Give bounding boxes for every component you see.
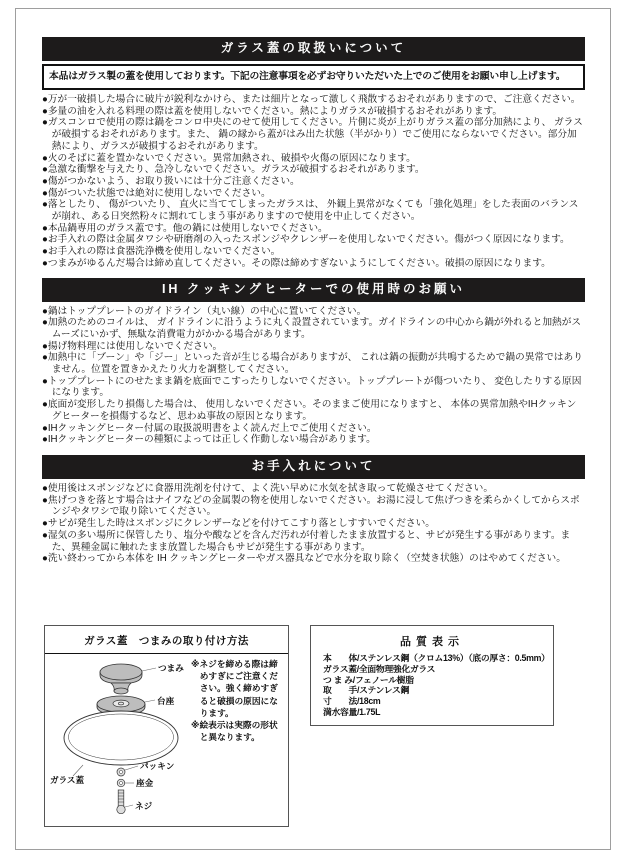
warning-item: ●火のそばに蓋を置かないでください。異常加熱され、破損や火傷の原因になります。: [42, 153, 585, 165]
washer-label: 座金: [136, 777, 154, 788]
warning-item: ●本品鍋専用のガラス蓋です。他の鍋には使用しないでください。: [42, 223, 585, 235]
quality-label: つ ま み: [323, 675, 353, 685]
section-header-glass-lid: ガラス蓋の取扱いについて: [42, 37, 585, 61]
section-header-care: お手入れについて: [42, 455, 585, 479]
note-item: ※絵表示は実際の形状と異なります。: [191, 719, 286, 743]
quality-value: 全面物理強化ガラス: [359, 664, 435, 674]
quality-value: 1.75L: [359, 707, 380, 717]
warning-item: ●つまみがゆるんだ場合は締め直してください。その際は締めすぎないようにしてくださ…: [42, 258, 585, 270]
quality-row: 取 手/ステンレス鋼: [323, 685, 553, 696]
quality-display-box: 品質表示 本 体/ステンレス鋼（クロム13%）（底の厚さ：0.5mm） ガラス蓋…: [310, 625, 554, 726]
warning-item: ●多量の油を入れる料理の際は蓋を使用しないでください。熱によりガラスが破損するお…: [42, 106, 585, 118]
main-content: ガラス蓋の取扱いについて 本品はガラス製の蓋を使用しております。下記の注意事項を…: [42, 37, 585, 565]
warning-item: ●底面が変形したり損傷した場合は、 使用しないでください。そのままご使用になりま…: [42, 399, 585, 422]
warning-item: ●お手入れの際は食器洗浄機を使用しないでください。: [42, 246, 585, 258]
warning-item: ●傷がついた状態では絶対に使用しないでください。: [42, 188, 585, 200]
quality-value: フェノール樹脂: [355, 675, 414, 685]
washer-shape: [117, 779, 125, 787]
knob-assembly-box: ガラス蓋 つまみの取り付け方法: [44, 625, 289, 827]
quality-row: ガラス蓋/全面物理強化ガラス: [323, 664, 553, 675]
quality-row: 本 体/ステンレス鋼（クロム13%）（底の厚さ：0.5mm）: [323, 653, 553, 664]
base-label: 台座: [157, 695, 175, 706]
quality-row: 寸 法/18cm: [323, 696, 553, 707]
quality-box-title: 品質表示: [311, 626, 553, 649]
warning-item: ●万が一破損した場合に破片が鋭利なかけら、または細片となって激しく飛散するおそれ…: [42, 94, 585, 106]
knob-notes: ※ネジを締める際は締めすぎにご注意ください。強く締めすぎると破損の原因になります…: [191, 658, 286, 743]
packing-shape: [117, 768, 125, 776]
quality-label: 満水容量: [323, 707, 357, 717]
screw-shape: [117, 790, 125, 814]
warning-item: ●加熱中に「ブーン」や「ジー」といった音が生じる場合がありますが、 これは鍋の振…: [42, 352, 585, 375]
warning-item: ●急激な衝撃を与えたり、急冷しないでください。ガラスが破損するおそれがあります。: [42, 164, 585, 176]
warning-item: ●湿気の多い場所に保管したり、塩分や酸などを含んだ汚れが付着したまま放置すると、…: [42, 530, 585, 553]
section-header-ih: IH クッキングヒーターでの使用時のお願い: [42, 278, 585, 302]
quality-label: ガラス蓋: [323, 664, 357, 674]
warning-item: ●鍋はトッププレートのガイドライン（丸い線）の中心に置いてください。: [42, 306, 585, 318]
warning-item: ●IHクッキングヒーター付属の取扱説明書をよく読んだ上でご使用ください。: [42, 423, 585, 435]
quality-value: ステンレス鋼: [359, 685, 409, 695]
knob-shape: [100, 664, 142, 694]
warning-item: ●サビが発生した時はスポンジにクレンザーなどを付けてこすり落としすすいでください…: [42, 518, 585, 530]
packing-label: パッキン: [140, 761, 174, 771]
lid-label: ガラス蓋: [50, 774, 85, 785]
warning-list-ih: ●鍋はトッププレートのガイドライン（丸い線）の中心に置いてください。 ●加熱のた…: [42, 306, 585, 446]
screw-label: ネジ: [135, 800, 153, 811]
warning-item: ●トッププレートにのせたまま鍋を底面でこすったりしないでください。トッププレート…: [42, 376, 585, 399]
warning-item: ●傷がつかないよう、お取り扱いには十分ご注意ください。: [42, 176, 585, 188]
knob-label: つまみ: [158, 663, 184, 673]
quality-label: 寸 法: [323, 696, 357, 706]
quality-row: 満水容量/1.75L: [323, 707, 553, 718]
warning-item: ●お手入れの際は金属タワシや研磨剤の入ったスポンジやクレンザーを使用しないでくだ…: [42, 234, 585, 246]
warning-item: ●使用後はスポンジなどに食器用洗剤を付けて、よく洗い早めに水気を拭き取って乾燥さ…: [42, 483, 585, 495]
warning-item: ●揚げ物料理には使用しないでください。: [42, 341, 585, 353]
note-item: ※ネジを締める際は締めすぎにご注意ください。強く締めすぎると破損の原因になります…: [191, 658, 286, 719]
warning-item: ●落としたり、 傷がついたり、 直火に当ててしまったガラスは、 外観上異常がなく…: [42, 199, 585, 222]
notice-box: 本品はガラス製の蓋を使用しております。下記の注意事項を必ずお守りいただいた上での…: [42, 64, 585, 90]
quality-row: つ ま み/フェノール樹脂: [323, 675, 553, 686]
lid-shape: [64, 711, 178, 765]
warning-item: ●焦げつきを落とす場合はナイフなどの金属製の物を使用しないでください。お湯に浸し…: [42, 495, 585, 518]
warning-item: ●IHクッキングヒーターの種類によっては正しく作動しない場合があります。: [42, 434, 585, 446]
warning-item: ●ガスコンロで使用の際は鍋をコンロ中央にのせて使用してください。片側に炎が上がり…: [42, 117, 585, 152]
instruction-page: ガラス蓋の取扱いについて 本品はガラス製の蓋を使用しております。下記の注意事項を…: [0, 0, 625, 860]
warning-list-glass-lid: ●万が一破損した場合に破片が鋭利なかけら、または細片となって激しく飛散するおそれ…: [42, 94, 585, 270]
quality-value: 18cm: [359, 696, 380, 706]
quality-label: 本 体: [323, 653, 357, 663]
quality-rows: 本 体/ステンレス鋼（クロム13%）（底の厚さ：0.5mm） ガラス蓋/全面物理…: [311, 653, 553, 718]
quality-label: 取 手: [323, 685, 357, 695]
warning-item: ●加熱のためのコイルは、 ガイドラインに沿うように丸く設置されています。ガイドラ…: [42, 317, 585, 340]
quality-value: ステンレス鋼（クロム13%）（底の厚さ：0.5mm）: [359, 653, 550, 663]
warning-item: ●洗い終わってから本体を IH クッキングヒーターやガス器具などで水分を取り除く…: [42, 553, 585, 565]
warning-list-care: ●使用後はスポンジなどに食器用洗剤を付けて、よく洗い早めに水気を拭き取って乾燥さ…: [42, 483, 585, 565]
